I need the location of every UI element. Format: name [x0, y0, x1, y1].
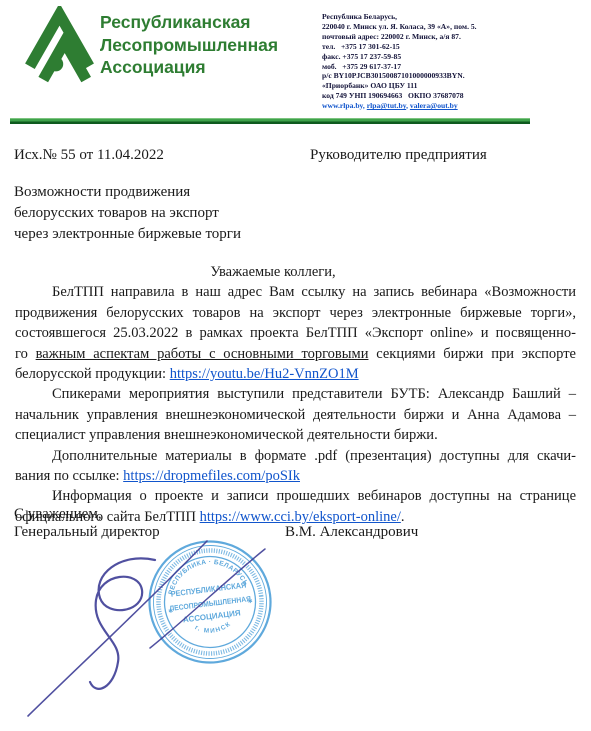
contact-line: «Приорбанк» ОАО ЦБУ 111	[322, 81, 584, 91]
body-line: вания по ссылке: https://dropmefiles.com…	[15, 466, 576, 486]
addressee: Руководителю предприятия	[310, 147, 487, 164]
text-run: важным аспектам работы с основными торго…	[36, 346, 369, 362]
text-run: www.rlpa.by,	[322, 101, 367, 110]
text-run: Дополнительные материалы в формате .pdf …	[52, 448, 576, 464]
body-line: Информация о проекте и записи прошедших …	[15, 486, 576, 506]
association-logo-icon	[24, 6, 98, 88]
body-line: состоявшегося 25.03.2022 в рамках проект…	[15, 323, 576, 343]
contact-line: факс. +375 17 237-59-85	[322, 52, 584, 62]
contact-lines: Республика Беларусь,220040 г. Минск ул. …	[322, 12, 584, 101]
contact-line: 220040 г. Минск ул. Я. Коласа, 39 «А», п…	[322, 22, 584, 32]
body-line: начальник управления внешнеэкономической…	[15, 405, 576, 425]
org-name-line: Лесопромышленная	[100, 34, 278, 57]
org-name: РеспубликанскаяЛесопромышленнаяАссоциаци…	[100, 11, 278, 79]
text-run: вания по ссылке:	[15, 468, 123, 484]
body-line: Дополнительные материалы в формате .pdf …	[15, 446, 576, 466]
header-divider	[10, 118, 530, 124]
signature-stroke-long-2	[150, 549, 265, 648]
contact-line: Республика Беларусь,	[322, 12, 584, 22]
text-run: продвижения белорусских товаров на экспо…	[15, 305, 576, 321]
letter-body: Уважаемые коллеги, БелТПП направила в на…	[15, 262, 576, 527]
hyperlink[interactable]: https://www.cci.by/eksport-online/	[200, 509, 401, 525]
text-run: Информация о проекте и записи прошедших …	[52, 488, 576, 504]
hyperlink[interactable]: rlpa@tut.by	[367, 101, 406, 110]
text-run: Спикерами мероприятия выступили представ…	[52, 386, 576, 402]
contact-line: код 749 УНП 190694663 ОКПО 37687078	[322, 91, 584, 101]
subject-line: через электронные биржевые торги	[14, 224, 241, 245]
body-line: специалист управления внешнеэкономическо…	[15, 425, 576, 445]
text-run: начальник управления внешнеэкономической…	[15, 407, 576, 423]
hyperlink[interactable]: https://youtu.be/Hu2-VnnZO1M	[170, 366, 359, 382]
signature-stroke-loops	[90, 558, 155, 688]
salutation: Уважаемые коллеги,	[15, 262, 576, 282]
outgoing-ref-number: Исх.№ 55 от 11.04.2022	[14, 147, 164, 164]
subject-line: белорусских товаров на экспорт	[14, 203, 241, 224]
hyperlink[interactable]: valera@out.by	[410, 101, 458, 110]
body-line: продвижения белорусских товаров на экспо…	[15, 303, 576, 323]
contact-line: р/с BY10PJCB30150087101000000933BYN.	[322, 71, 584, 81]
body-paragraphs: БелТПП направила в наш адрес Вам ссылку …	[15, 282, 576, 527]
subject-block: Возможности продвижениябелорусских товар…	[14, 182, 241, 245]
signer-name: В.М. Александрович	[285, 524, 418, 541]
letter-page: РеспубликанскаяЛесопромышленнаяАссоциаци…	[0, 0, 591, 731]
hyperlink[interactable]: https://dropmefiles.com/poSIk	[123, 468, 300, 484]
contact-line: тел. +375 17 301-62-15	[322, 42, 584, 52]
website-line: www.rlpa.by, rlpa@tut.by, valera@out.by	[322, 101, 584, 111]
body-line: го важным аспектам работы с основными то…	[15, 344, 576, 364]
contact-line: моб. +375 29 617-37-17	[322, 62, 584, 72]
contact-line: почтовый адрес: 220002 г. Минск, а/я 87.	[322, 32, 584, 42]
body-line: БелТПП направила в наш адрес Вам ссылку …	[15, 282, 576, 302]
closing-regards: С уважением,	[14, 506, 102, 523]
text-run: .	[401, 509, 405, 525]
handwritten-signature	[15, 535, 285, 727]
text-run: специалист управления внешнеэкономическо…	[15, 427, 438, 443]
body-line: белорусской продукции: https://youtu.be/…	[15, 364, 576, 384]
text-run: БелТПП направила в наш адрес Вам ссылку …	[52, 284, 576, 300]
text-run: белорусской продукции:	[15, 366, 170, 382]
body-line: Спикерами мероприятия выступили представ…	[15, 384, 576, 404]
org-name-line: Республиканская	[100, 11, 278, 34]
org-name-line: Ассоциация	[100, 56, 278, 79]
text-run: го	[15, 346, 36, 362]
subject-line: Возможности продвижения	[14, 182, 241, 203]
text-run: секциями биржи при экспорте	[368, 346, 576, 362]
signature-stroke-long	[28, 541, 207, 716]
text-run: состоявшегося 25.03.2022 в рамках проект…	[15, 325, 576, 341]
contact-block: Республика Беларусь,220040 г. Минск ул. …	[322, 12, 584, 111]
